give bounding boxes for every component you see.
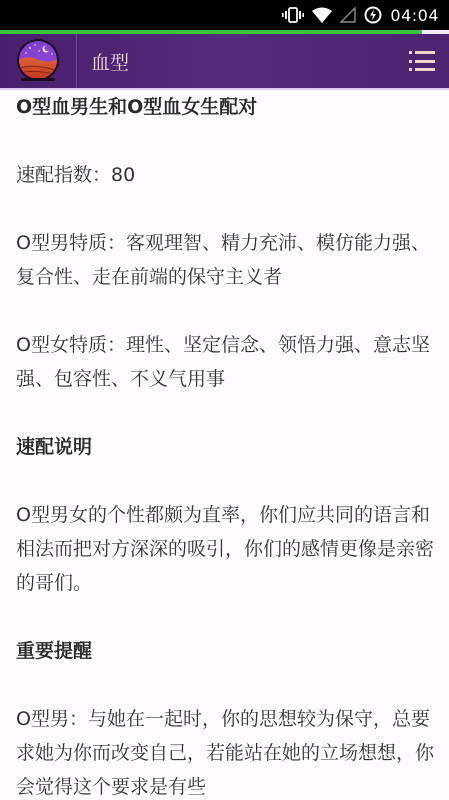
male-traits: O型男特质：客观理智、精力充沛、模仿能力强、复合性、走在前端的保守主义者	[16, 226, 441, 294]
explanation-heading: 速配说明	[16, 430, 441, 464]
status-bar: 04:04	[0, 0, 449, 30]
article-title: O型血男生和O型血女生配对	[16, 90, 441, 124]
explanation-body: O型男女的个性都颇为直率，你们应共同的语言和相法而把对方深深的吸引，你们的感情更…	[16, 498, 441, 600]
female-traits: O型女特质：理性、坚定信念、领悟力强、意志坚强、包容性、不义气用事	[16, 328, 441, 396]
page-title: 血型	[91, 48, 129, 75]
signal-icon	[340, 7, 356, 23]
app-bar: 血型	[0, 34, 449, 90]
reminder-heading: 重要提醒	[16, 634, 441, 668]
desert-night-globe-logo	[15, 38, 61, 84]
article-content: O型血男生和O型血女生配对 速配指数：80 O型男特质：客观理智、精力充沛、模仿…	[16, 90, 441, 800]
app-logo-button[interactable]	[0, 34, 77, 88]
menu-icon	[409, 51, 435, 54]
status-time: 04:04	[390, 6, 439, 25]
wifi-icon	[312, 7, 332, 23]
data-saver-icon	[364, 6, 382, 24]
reminder-body: O型男：与她在一起时，你的思想较为保守，总要求她为你而改变自己，若能站在她的立场…	[16, 702, 441, 800]
menu-button[interactable]	[409, 49, 435, 73]
match-score: 速配指数：80	[16, 158, 441, 192]
vibrate-icon	[282, 7, 304, 23]
